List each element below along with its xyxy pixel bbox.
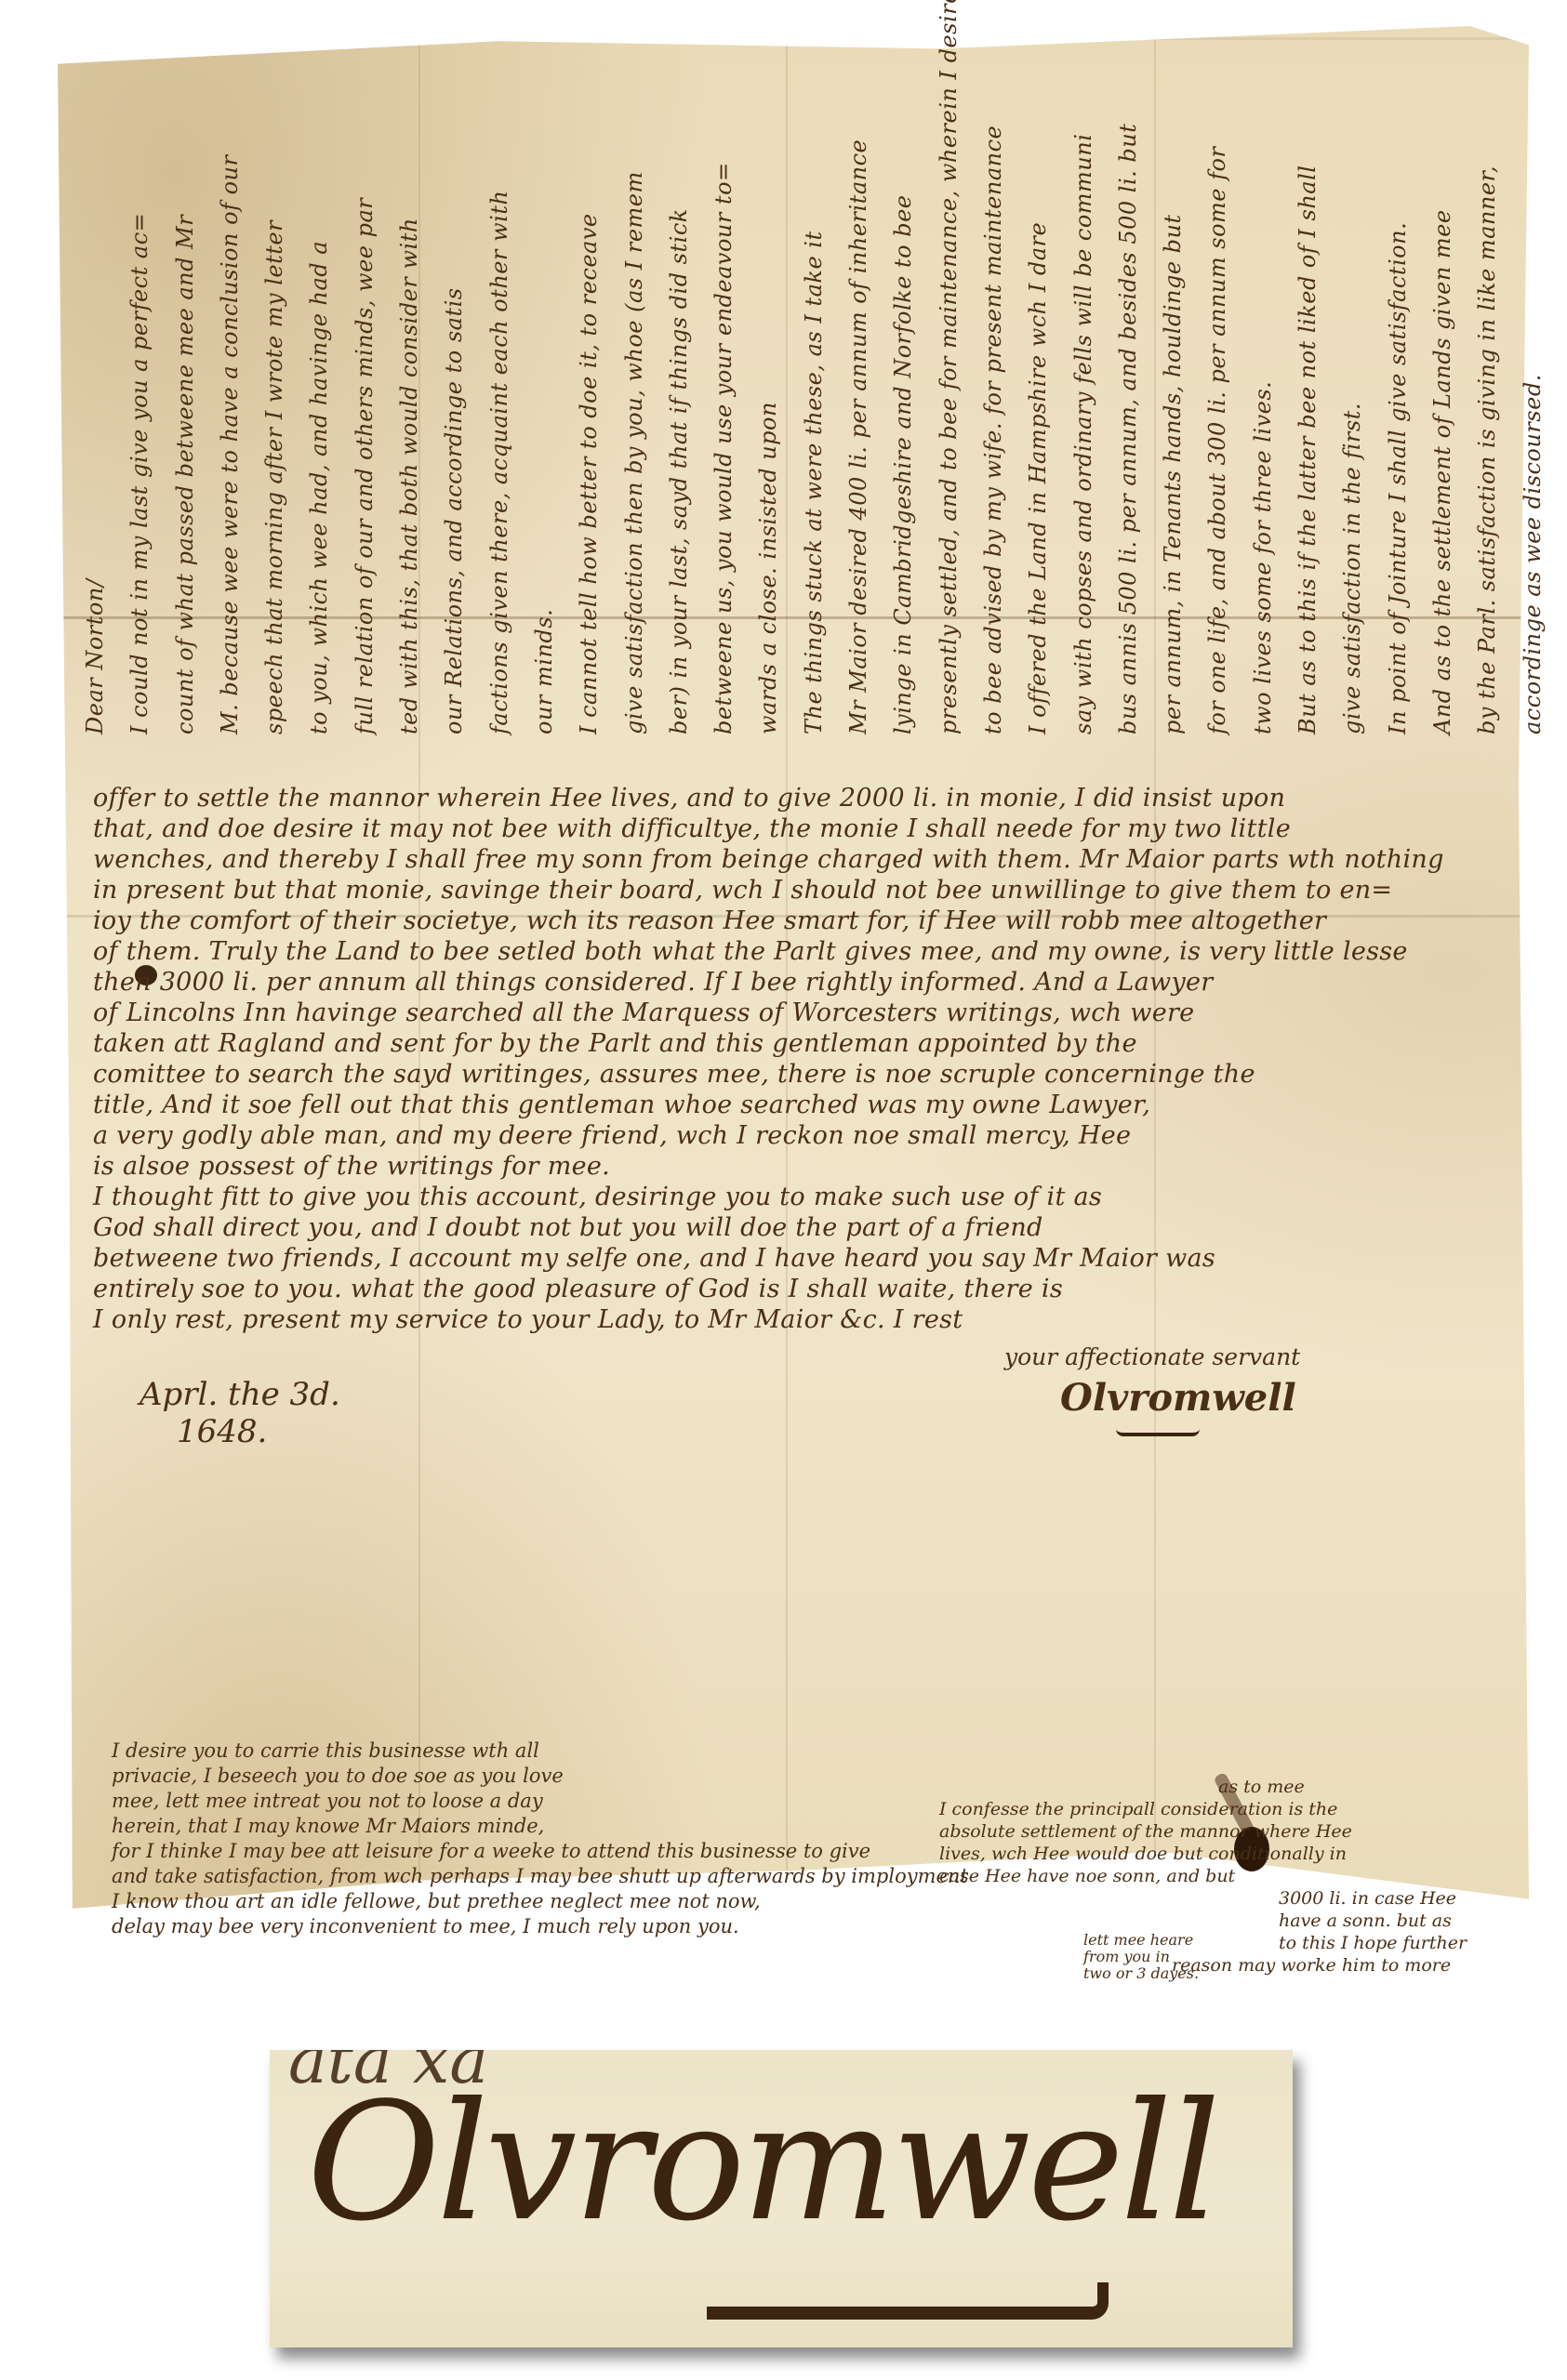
text-line: count of what passed betweene mee and Mr [163, 19, 207, 734]
text-line: herein, that I may knowe Mr Maiors minde… [112, 1814, 949, 1839]
text-line: our minds. [522, 19, 566, 734]
text-line: to this I hope further [939, 1932, 1516, 1954]
text-line: But as to this if the latter bee not lik… [1285, 19, 1330, 734]
text-line: delay may bee very inconvenient to mee, … [112, 1914, 949, 1939]
text-line: reason may worke him to more [939, 1954, 1516, 1977]
text-line: of them. Truly the Land to bee setled bo… [93, 936, 1469, 967]
text-line: then 3000 li. per annum all things consi… [93, 967, 1469, 998]
inset-signature-flourish [707, 2282, 1109, 2320]
text-line: in present but that monie, savinge their… [93, 875, 1469, 906]
text-line: speech that morning after I wrote my let… [252, 19, 297, 734]
text-line: factions given there, acquaint each othe… [477, 19, 522, 734]
text-line: for I thinke I may bee att leisure for a… [112, 1839, 949, 1864]
main-text-block: offer to settle the mannor wherein Hee l… [93, 783, 1469, 1335]
text-line: comittee to search the sayd writinges, a… [93, 1059, 1469, 1090]
date-day: Aprl. the 3d. [139, 1376, 340, 1413]
text-line: have a sonn. but as [939, 1910, 1516, 1932]
text-line: betweene two friends, I account my selfe… [93, 1243, 1469, 1274]
text-line: of Lincolns Inn havinge searched all the… [93, 998, 1469, 1028]
rotated-text-block: Dear Norton/ I could not in my last give… [73, 19, 1505, 734]
text-line: as to mee [939, 1776, 1516, 1798]
text-line: ber) in your last, sayd that if things d… [657, 19, 701, 734]
text-line: I know thou art an idle fellowe, but pre… [112, 1889, 949, 1914]
postscript-left: I desire you to carrie this businesse wt… [112, 1739, 949, 1939]
text-line: full relation of our and others minds, w… [342, 19, 387, 734]
text-line: I cannot tell how better to doe it, to r… [566, 19, 611, 734]
text-line: The things stuck at were these, as I tak… [791, 19, 836, 734]
text-line: I confesse the principall consideration … [939, 1798, 1516, 1820]
text-line: I offered the Land in Hampshire wch I da… [1016, 19, 1060, 734]
text-line: accordinge as wee discoursed. [1510, 19, 1555, 734]
text-line: presently settled, and to bee for mainte… [926, 19, 971, 734]
text-line: I could not in my last give you a perfec… [117, 19, 162, 734]
text-line: and take satisfaction, from wch perhaps … [112, 1864, 949, 1889]
text-line: ioy the comfort of their societye, wch i… [93, 906, 1469, 936]
text-line: give satisfaction then by you, whoe (as … [612, 19, 657, 734]
text-line: God shall direct you, and I doubt not bu… [93, 1212, 1469, 1243]
text-line: offer to settle the mannor wherein Hee l… [93, 783, 1469, 813]
margin-note: lett mee heare from you in two or 3 daye… [1083, 1932, 1199, 1982]
signature-flourish [1116, 1427, 1200, 1436]
text-line: title, And it soe fell out that this gen… [93, 1090, 1469, 1120]
text-line: In point of Jointure I shall give satisf… [1375, 19, 1420, 734]
text-line: say with copses and ordinary fells will … [1061, 19, 1106, 734]
valediction: your affectionate servant [1004, 1343, 1300, 1370]
text-line: And as to the settlement of Lands given … [1420, 19, 1465, 734]
text-line: In what else was demanded of mee I am wi… [1555, 19, 1567, 734]
text-line: lives, wch Hee would doe but conditional… [939, 1843, 1516, 1865]
inset-signature: Olvromwell [307, 2069, 1217, 2257]
text-line: absolute settlement of the mannor where … [939, 1820, 1516, 1843]
text-line: lyinge in Cambridgeshire and Norfolke to… [881, 19, 925, 734]
text-line: by the Parl. satisfaction is giving in l… [1465, 19, 1509, 734]
text-line: wards a close. insisted upon [746, 19, 790, 734]
text-line: bus annis 500 li. per annum, and besides… [1106, 19, 1150, 734]
text-line: our Relations, and accordinge to satis [432, 19, 476, 734]
text-line: taken att Ragland and sent for by the Pa… [93, 1028, 1469, 1059]
text-line: to bee advised by my wife. for present m… [971, 19, 1016, 734]
text-line: I only rest, present my service to your … [93, 1304, 1469, 1335]
signature-inset: ata xa Olvromwell [270, 2050, 1293, 2347]
date: Aprl. the 3d. 1648. [139, 1376, 340, 1450]
text-line: ted with this, that both would consider … [387, 19, 432, 734]
text-line: privacie, I beseech you to doe soe as yo… [112, 1764, 949, 1789]
text-line: betweene us, you would use your endeavou… [701, 19, 746, 734]
date-year: 1648. [139, 1413, 340, 1450]
margin-note-line: lett mee heare [1083, 1932, 1199, 1949]
text-line: for one life, and about 300 li. per annu… [1195, 19, 1240, 734]
text-line: that, and doe desire it may not bee with… [93, 813, 1469, 844]
margin-note-line: two or 3 dayes. [1083, 1965, 1199, 1982]
margin-note-line: from you in [1083, 1949, 1199, 1965]
text-line: a very godly able man, and my deere frie… [93, 1120, 1469, 1151]
signature: Olvromwell [1060, 1376, 1296, 1420]
salutation: Dear Norton/ [73, 19, 117, 734]
text-line: to you, which wee had, and havinge had a [297, 19, 341, 734]
text-line: per annum, in Tenants hands, houldinge b… [1150, 19, 1195, 734]
text-line: Mr Maior desired 400 li. per annum of in… [836, 19, 881, 734]
text-line: 3000 li. in case Hee [939, 1887, 1516, 1910]
text-line: is alsoe possest of the writings for mee… [93, 1151, 1469, 1182]
text-line: M. because wee were to have a conclusion… [207, 19, 252, 734]
text-line: case Hee have noe sonn, and but [939, 1865, 1516, 1887]
postscript-right: as to mee I confesse the principall cons… [939, 1776, 1516, 1977]
text-line: give satisfaction in the first. [1330, 19, 1374, 734]
text-line: entirely soe to you. what the good pleas… [93, 1274, 1469, 1304]
text-line: wenches, and thereby I shall free my son… [93, 844, 1469, 875]
text-line: two lives some for three lives. [1241, 19, 1285, 734]
text-line: mee, lett mee intreat you not to loose a… [112, 1789, 949, 1814]
text-line: I desire you to carrie this businesse wt… [112, 1739, 949, 1764]
text-line: I thought fitt to give you this account,… [93, 1182, 1469, 1212]
